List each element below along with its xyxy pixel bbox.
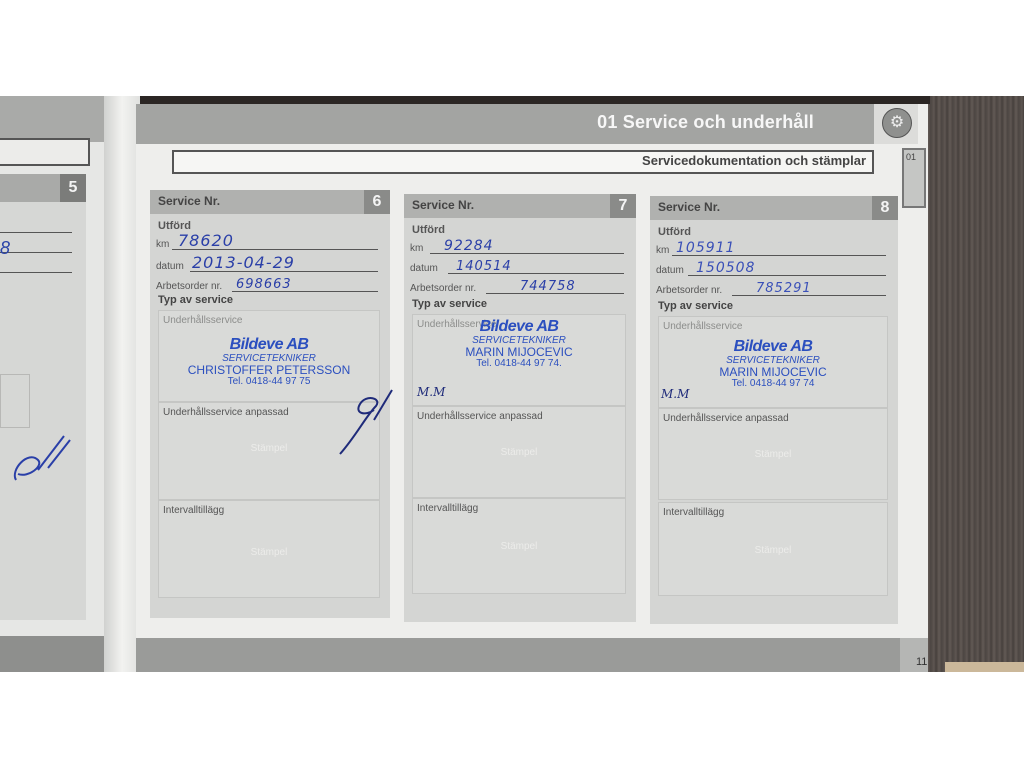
chapter-side-tab: 01 <box>902 148 926 208</box>
km-field: km 92284 <box>410 238 624 256</box>
stamp-company: Bildeve AB <box>413 319 625 336</box>
arbetsorder-value: 744758 <box>520 279 576 294</box>
arbetsorder-label: Arbetsorder nr. <box>410 283 476 294</box>
arbetsorder-value: 698663 <box>236 277 292 292</box>
underhallsservice-section: Underhållsservice Bildeve AB SERVICETEKN… <box>658 316 888 408</box>
section-label: Underhållsservice <box>663 321 742 332</box>
card-header: Service Nr. 8 <box>650 196 898 220</box>
field-line <box>0 272 72 273</box>
intervalltillagg-section: Intervalltillägg Stämpel <box>658 502 888 596</box>
section-label: Intervalltillägg <box>417 503 478 514</box>
field-line <box>0 252 72 253</box>
side-tab-label: 01 <box>906 152 916 162</box>
arbetsorder-value: 785291 <box>756 281 812 296</box>
left-page-footer <box>0 636 108 672</box>
arbetsorder-label: Arbetsorder nr. <box>656 285 722 296</box>
wooden-table-background <box>920 96 1024 672</box>
stamp-name: MARIN MIJOCEVIC <box>659 366 887 379</box>
datum-label: datum <box>410 263 438 274</box>
handwritten-value: 8 <box>0 238 10 259</box>
km-value: 92284 <box>444 238 494 254</box>
table-edge <box>945 662 1024 672</box>
stamp-company: Bildeve AB <box>659 339 887 356</box>
section-label: Underhållsservice anpassad <box>417 411 543 422</box>
utford-label: Utförd <box>412 224 445 236</box>
stamp-name: CHRISTOFFER PETERSSON <box>159 364 379 377</box>
km-value: 105911 <box>676 240 735 256</box>
arbetsorder-field: Arbetsorder nr. 785291 <box>656 280 886 298</box>
typ-av-service-label: Typ av service <box>158 294 233 306</box>
typ-av-service-label: Typ av service <box>412 298 487 310</box>
datum-value: 150508 <box>696 260 755 276</box>
stamp-box <box>0 374 30 428</box>
km-label: km <box>656 245 669 256</box>
km-label: km <box>410 243 423 254</box>
field-line <box>0 232 72 233</box>
intervalltillagg-section: Intervalltillägg Stämpel <box>158 500 380 598</box>
stampel-placeholder: Stämpel <box>159 547 379 558</box>
card-number: 6 <box>364 190 390 214</box>
stamp-tel: Tel. 0418-44 97 74. <box>413 359 625 370</box>
signature: M.M <box>661 387 689 401</box>
typ-av-service-label: Typ av service <box>658 300 733 312</box>
datum-field: datum 150508 <box>656 260 886 278</box>
service-card-6: Service Nr. 6 Utförd km 78620 datum 2013… <box>150 190 390 618</box>
datum-label: datum <box>156 261 184 272</box>
dealer-stamp: Bildeve AB SERVICETEKNIKER MARIN MIJOCEV… <box>413 319 625 369</box>
arbetsorder-field: Arbetsorder nr. 744758 <box>410 278 624 296</box>
km-field: km 78620 <box>156 234 378 252</box>
section-label: Intervalltillägg <box>663 507 724 518</box>
card-number: 5 <box>60 174 86 202</box>
datum-label: datum <box>656 265 684 276</box>
right-page: 01 Service och underhåll ⚙ Servicedokume… <box>136 104 928 672</box>
card-number: 7 <box>610 194 636 218</box>
intervalltillagg-section: Intervalltillägg Stämpel <box>412 498 626 594</box>
page-footer <box>136 638 928 672</box>
dealer-stamp: Bildeve AB SERVICETEKNIKER CHRISTOFFER P… <box>159 337 379 387</box>
chapter-title: 01 Service och underhåll <box>597 112 814 133</box>
service-nr-label: Service Nr. <box>158 194 220 208</box>
datum-value: 2013-04-29 <box>192 253 295 272</box>
stamp-tel: Tel. 0418-44 97 74 <box>659 379 887 390</box>
page-number: 11 <box>916 656 927 668</box>
chapter-banner: 01 Service och underhåll <box>136 104 874 144</box>
datum-value: 140514 <box>456 259 512 274</box>
service-card-7: Service Nr. 7 Utförd km 92284 datum 1405… <box>404 194 636 622</box>
service-card-5: 5 8 <box>0 174 86 620</box>
section-title: Servicedokumentation och stämplar <box>642 153 866 168</box>
service-card-8: Service Nr. 8 Utförd km 105911 datum 150… <box>650 196 898 624</box>
card-number: 8 <box>872 196 898 220</box>
section-label: Intervalltillägg <box>163 505 224 516</box>
arbetsorder-field: Arbetsorder nr. 698663 <box>156 276 378 294</box>
book-spine <box>104 96 140 672</box>
km-field: km 105911 <box>656 240 886 258</box>
stampel-placeholder: Stämpel <box>659 545 887 556</box>
signature: M.M <box>417 385 445 399</box>
underhallsservice-anpassad-section: Underhållsservice anpassad Stämpel <box>412 406 626 498</box>
service-nr-label: Service Nr. <box>412 198 474 212</box>
stamp-name: MARIN MIJOCEVIC <box>413 346 625 359</box>
section-label: Underhållsservice anpassad <box>163 407 289 418</box>
underhallsservice-anpassad-section: Underhållsservice anpassad Stämpel <box>658 408 888 500</box>
book-shadow <box>100 96 930 104</box>
km-label: km <box>156 239 169 250</box>
service-book-photo: 5 8 01 Service och underhåll ⚙ Servicedo… <box>0 96 1024 672</box>
service-nr-label: Service Nr. <box>658 200 720 214</box>
card-header: Service Nr. 6 <box>150 190 390 214</box>
km-value: 78620 <box>178 231 234 250</box>
signature-icon <box>8 430 74 494</box>
section-label: Underhållsservice anpassad <box>663 413 789 424</box>
section-label: Underhållsservice <box>163 315 242 326</box>
datum-field: datum 2013-04-29 <box>156 256 378 274</box>
signature-icon <box>336 386 396 458</box>
left-page-subtitle-box <box>0 138 90 166</box>
wrench-gear-icon: ⚙ <box>882 108 912 138</box>
arbetsorder-label: Arbetsorder nr. <box>156 281 222 292</box>
card-header: Service Nr. 7 <box>404 194 636 218</box>
section-title-box: Servicedokumentation och stämplar <box>172 150 874 174</box>
datum-field: datum 140514 <box>410 258 624 276</box>
dealer-stamp: Bildeve AB SERVICETEKNIKER MARIN MIJOCEV… <box>659 339 887 389</box>
stampel-placeholder: Stämpel <box>413 541 625 552</box>
card-header: 5 <box>0 174 86 202</box>
stampel-placeholder: Stämpel <box>413 447 625 458</box>
utford-label: Utförd <box>658 226 691 238</box>
stamp-company: Bildeve AB <box>159 337 379 354</box>
stampel-placeholder: Stämpel <box>659 449 887 460</box>
underhallsservice-section: Underhållsservice Bildeve AB SERVICETEKN… <box>412 314 626 406</box>
